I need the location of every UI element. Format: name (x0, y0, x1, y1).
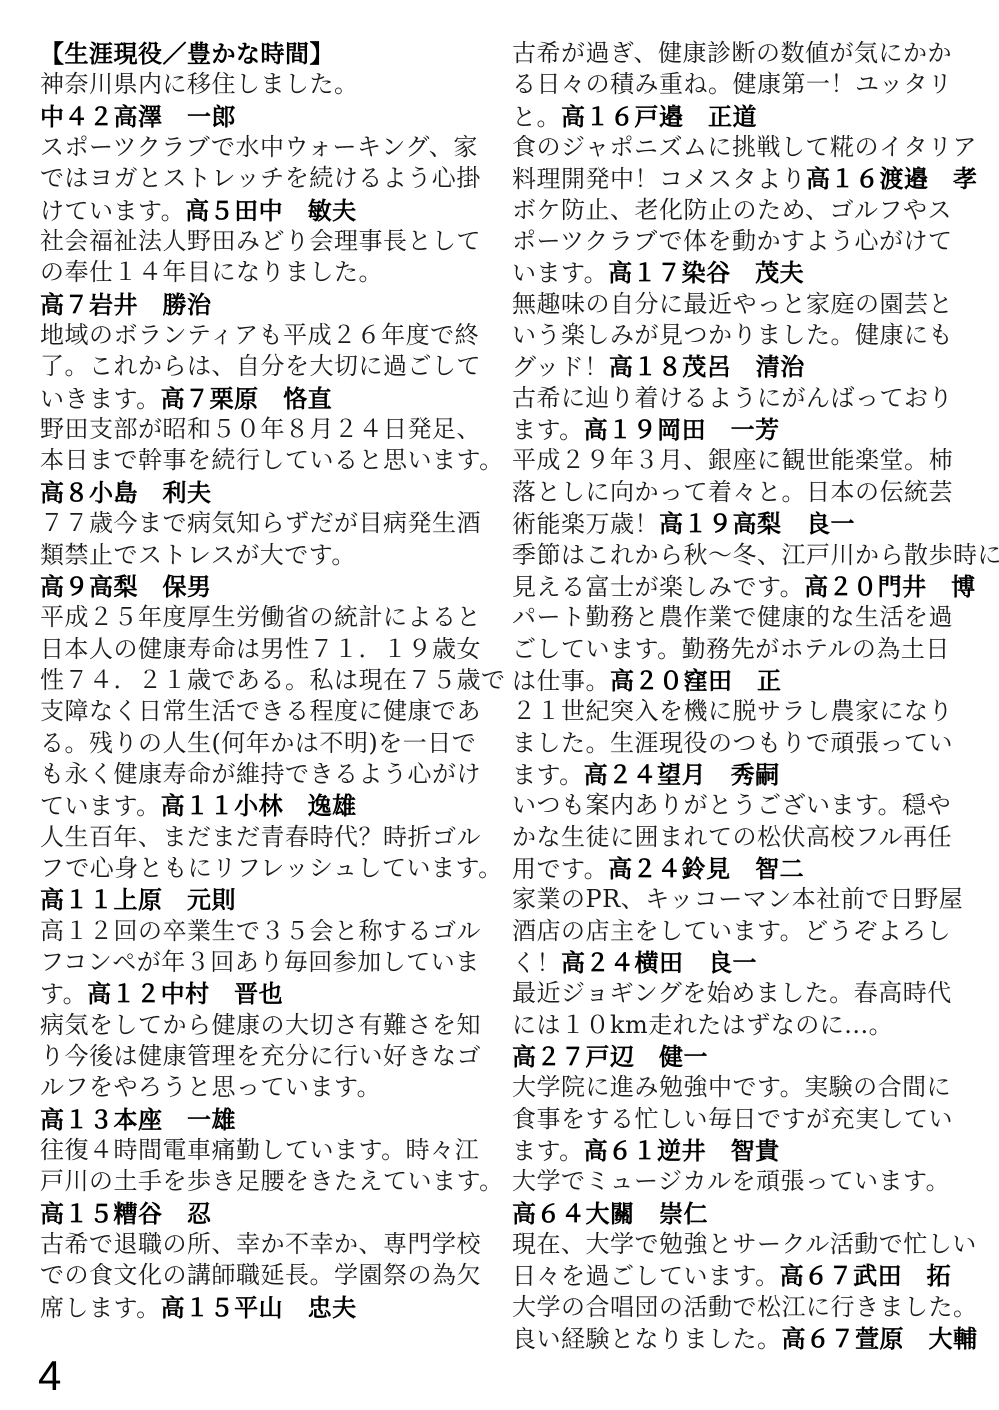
text-line: 用です。高２４鈴見 智二 (512, 853, 952, 884)
comment-text: 古希に辿り着けるようにがんばっており (512, 384, 953, 412)
comment-text: ２１世紀突入を機に脱サラし農家になり (512, 697, 953, 725)
author-name: 高１８茂呂 清治 (609, 352, 805, 381)
author-name: 高７岩井 勝治 (40, 290, 212, 319)
author-name: 高１２中村 晋也 (87, 979, 283, 1008)
comment-text: 用です。 (512, 855, 608, 883)
text-line: 高１３本座 一雄 (40, 1104, 480, 1135)
text-line: スポーツクラブで水中ウォーキング、家 (40, 132, 480, 163)
author-name: 高１１上原 元則 (40, 885, 236, 914)
comment-text: 大学院に進み勉強中です。実験の合間に (512, 1073, 951, 1101)
author-name: 高７栗原 恪直 (161, 384, 333, 413)
text-line: も永く健康寿命が維持できるよう心がけ (40, 759, 480, 790)
comment-text: 大学の合唱団の活動で松江に行きました。 (512, 1293, 978, 1321)
text-line: ではヨガとストレッチを続けるよう心掛 (40, 163, 480, 194)
text-line: けています。高５田中 敏夫 (40, 195, 480, 226)
text-line: 高２７戸辺 健一 (512, 1041, 952, 1072)
text-line: 高１２回の卒業生で３５会と称するゴル (40, 916, 480, 947)
comment-text: 古希が過ぎ、健康診断の数値が気にかか (512, 39, 952, 67)
comment-text: 高１２回の卒業生で３５会と称するゴル (40, 917, 481, 945)
text-line: パート勤務と農作業で健康的な生活を過 (512, 602, 952, 633)
text-line: 高１１上原 元則 (40, 884, 480, 915)
comment-text: 席します。 (40, 1294, 161, 1322)
text-line: 大学の合唱団の活動で松江に行きました。 (512, 1292, 952, 1323)
text-line: 平成２５年度厚生労働省の統計によると (40, 602, 480, 633)
left-column: 【生涯現役／豊かな時間】神奈川県内に移住しました。中４２高澤 一郎スポーツクラブ… (40, 38, 480, 1323)
author-name: 高５田中 敏夫 (185, 196, 357, 225)
text-line: いきます。高７栗原 恪直 (40, 383, 480, 414)
text-line: 無趣味の自分に最近やっと家庭の園芸と (512, 289, 952, 320)
author-name: 高１６渡邉 孝 (806, 164, 978, 193)
author-name: 高６７武田 拓 (780, 1261, 952, 1290)
comment-text: く！ (512, 949, 561, 977)
comment-text: ７７歳今まで病気知らずだが目病発生酒 (40, 509, 481, 537)
author-name: 高２０門井 博 (804, 572, 976, 601)
text-line: 大学院に進み勉強中です。実験の合間に (512, 1072, 952, 1103)
text-line: 支障なく日常生活できる程度に健康であ (40, 696, 480, 727)
text-line: す。高１２中村 晋也 (40, 978, 480, 1009)
text-line: 往復４時間電車痛勤しています。時々江 (40, 1135, 480, 1166)
comment-text: いきます。 (40, 385, 161, 413)
text-line: 中４２高澤 一郎 (40, 101, 480, 132)
author-name: 高２４望月 秀嗣 (584, 760, 780, 789)
text-line: 戸川の土手を歩き足腰をきたえています。 (40, 1166, 480, 1197)
page-number: 4 (38, 1352, 61, 1400)
comment-text: 最近ジョギングを始めました。春高時代 (512, 979, 952, 1007)
author-name: 高６７萱原 大輔 (782, 1324, 978, 1353)
comment-text: ではヨガとストレッチを続けるよう心掛 (40, 164, 481, 192)
comment-text: パート勤務と農作業で健康的な生活を過 (512, 603, 953, 631)
text-line: フで心身ともにリフレッシュしています。 (40, 853, 480, 884)
text-line: います。高１７染谷 茂夫 (512, 257, 952, 288)
comment-text: 地域のボランティアも平成２６年度で終 (40, 321, 479, 349)
text-line: には１０km走れたはずなのに...。 (512, 1010, 952, 1041)
comment-text: 了。これからは、自分を大切に過ごして (40, 352, 481, 380)
comment-text: 無趣味の自分に最近やっと家庭の園芸と (512, 290, 953, 318)
author-name: 高１５平山 忠夫 (161, 1293, 357, 1322)
comment-text: 支障なく日常生活できる程度に健康であ (40, 697, 481, 725)
text-line: ごしています。勤務先がホテルの為土日 (512, 634, 952, 665)
text-line: 落としに向かって着々と。日本の伝統芸 (512, 477, 952, 508)
author-name: 【生涯現役／豊かな時間】 (40, 39, 334, 68)
text-line: フコンペが年３回あり毎回参加していま (40, 947, 480, 978)
comment-text: 料理開発中！コメスタより (512, 165, 806, 193)
comment-text: す。 (40, 980, 87, 1008)
comment-text: ます。 (512, 1137, 584, 1165)
text-line: る日々の積み重ね。健康第一！ユッタリ (512, 69, 952, 100)
comment-text: 類禁止でストレスが大です。 (40, 541, 356, 569)
text-line: 類禁止でストレスが大です。 (40, 540, 480, 571)
text-line: 古希で退職の所、幸か不幸か、専門学校 (40, 1229, 480, 1260)
author-name: 高１５糟谷 忍 (40, 1199, 212, 1228)
author-name: 高９高梨 保男 (40, 572, 212, 601)
author-name: 高２４横田 良一 (561, 948, 757, 977)
comment-text: 往復４時間電車痛勤しています。時々江 (40, 1136, 479, 1164)
text-line: 野田支部が昭和５０年８月２４日発足、 (40, 414, 480, 445)
text-line: ます。高６１逆井 智貴 (512, 1135, 952, 1166)
author-name: 高１９高梨 良一 (659, 509, 855, 538)
text-line: 家業のPR、キッコーマン本社前で日野屋 (512, 884, 952, 915)
comment-text: 落としに向かって着々と。日本の伝統芸 (512, 478, 953, 506)
comment-text: 食のジャポニズムに挑戦して糀のイタリア (512, 133, 977, 161)
text-line: る。残りの人生(何年かは不明)を一日で (40, 728, 480, 759)
text-line: 神奈川県内に移住しました。 (40, 69, 480, 100)
comment-text: けています。 (40, 197, 185, 225)
author-name: 高２７戸辺 健一 (512, 1042, 708, 1071)
text-line: 料理開発中！コメスタより高１６渡邉 孝 (512, 163, 952, 194)
comment-text: 良い経験となりました。 (512, 1325, 782, 1353)
comment-text: ました。生涯現役のつもりで頑張ってい (512, 729, 953, 757)
author-name: 高１９岡田 一芳 (584, 415, 780, 444)
text-line: 食事をする忙しい毎日ですが充実してい (512, 1104, 952, 1135)
comment-text: 家業のPR、キッコーマン本社前で日野屋 (512, 885, 963, 913)
comment-text: 平成２９年３月、銀座に観世能楽堂。杮 (512, 446, 953, 474)
author-name: 高１６戸邉 正道 (561, 102, 757, 131)
author-name: 高６１逆井 智貴 (584, 1136, 780, 1165)
comment-text: いつも案内ありがとうございます。穏や (512, 791, 951, 819)
text-line: 日々を過ごしています。高６７武田 拓 (512, 1260, 952, 1291)
author-name: 高１７染谷 茂夫 (608, 258, 804, 287)
text-line: かな生徒に囲まれての松伏高校フル再任 (512, 822, 952, 853)
text-line: 古希が過ぎ、健康診断の数値が気にかか (512, 38, 952, 69)
author-name: 高１３本座 一雄 (40, 1105, 236, 1134)
text-line: ボケ防止、老化防止のため、ゴルフやス (512, 195, 952, 226)
comment-text: ごしています。勤務先がホテルの為土日 (512, 635, 950, 663)
author-name: 高８小島 利夫 (40, 478, 212, 507)
text-line: 術能楽万歳！高１９高梨 良一 (512, 508, 952, 539)
text-line: 現在、大学で勉強とサークル活動で忙しい (512, 1229, 952, 1260)
author-name: 高２４鈴見 智二 (608, 854, 804, 883)
comment-text: 病気をしてから健康の大切さ有難さを知 (40, 1011, 481, 1039)
comment-text: かな生徒に囲まれての松伏高校フル再任 (512, 823, 952, 851)
comment-text: フで心身ともにリフレッシュしています。 (40, 854, 503, 882)
text-line: と。高１６戸邉 正道 (512, 101, 952, 132)
comment-text: ボケ防止、老化防止のため、ゴルフやス (512, 196, 952, 224)
text-line: いう楽しみが見つかりました。健康にも (512, 320, 952, 351)
comment-text: 食事をする忙しい毎日ですが充実してい (512, 1105, 953, 1133)
author-name: 高１１小林 逸雄 (161, 791, 357, 820)
comment-text: 古希で退職の所、幸か不幸か、専門学校 (40, 1230, 481, 1258)
text-line: ポーツクラブで体を動かすよう心がけて (512, 226, 952, 257)
comment-text: 酒店の店主をしています。どうぞよろし (512, 917, 951, 945)
text-line: 酒店の店主をしています。どうぞよろし (512, 916, 952, 947)
comment-text: 日本人の健康寿命は男性７１．１９歳女 (40, 635, 481, 663)
comment-text: も永く健康寿命が維持できるよう心がけ (40, 760, 481, 788)
text-line: ２１世紀突入を機に脱サラし農家になり (512, 696, 952, 727)
comment-text: ます。 (512, 761, 584, 789)
comment-text: 戸川の土手を歩き足腰をきたえています。 (40, 1167, 504, 1195)
text-line: 社会福祉法人野田みどり会理事長として (40, 226, 480, 257)
comment-text: 神奈川県内に移住しました。 (40, 70, 359, 98)
comment-text: 本日まで幹事を続行していると思います。 (40, 446, 504, 474)
text-line: いつも案内ありがとうございます。穏や (512, 790, 952, 821)
text-line: 高８小島 利夫 (40, 477, 480, 508)
author-name: 中４２高澤 一郎 (40, 102, 236, 131)
text-line: 高９高梨 保男 (40, 571, 480, 602)
text-line: 良い経験となりました。高６７萱原 大輔 (512, 1323, 952, 1354)
comment-text: には１０km走れたはずなのに...。 (512, 1011, 893, 1039)
author-name: 高２０窪田 正 (610, 666, 782, 695)
text-line: 病気をしてから健康の大切さ有難さを知 (40, 1010, 480, 1041)
comment-text: は仕事。 (512, 667, 610, 695)
text-line: 平成２９年３月、銀座に観世能楽堂。杮 (512, 445, 952, 476)
text-line: ます。高２４望月 秀嗣 (512, 759, 952, 790)
text-line: 高６４大關 崇仁 (512, 1198, 952, 1229)
text-line: 性７４．２１歳である。私は現在７５歳で (40, 665, 480, 696)
comment-text: 現在、大学で勉強とサークル活動で忙しい (512, 1230, 977, 1258)
comment-text: ルフをやろうと思っています。 (40, 1073, 381, 1101)
comment-text: フコンペが年３回あり毎回参加していま (40, 948, 480, 976)
comment-text: 術能楽万歳！ (512, 510, 659, 538)
comment-text: 性７４．２１歳である。私は現在７５歳で (40, 666, 506, 694)
comment-text: と。 (512, 103, 561, 131)
text-line: ました。生涯現役のつもりで頑張ってい (512, 728, 952, 759)
comment-text: での食文化の講師職延長。学園祭の為欠 (40, 1261, 481, 1289)
comment-text: スポーツクラブで水中ウォーキング、家 (40, 133, 478, 161)
text-line: く！高２４横田 良一 (512, 947, 952, 978)
text-line: 最近ジョギングを始めました。春高時代 (512, 978, 952, 1009)
comment-text: ます。 (512, 416, 584, 444)
comment-text: 社会福祉法人野田みどり会理事長として (40, 227, 481, 255)
comment-text: の奉仕１４年目になりました。 (40, 258, 383, 286)
comment-text: 野田支部が昭和５０年８月２４日発足、 (40, 415, 481, 443)
text-line: り今後は健康管理を充分に行い好きなゴ (40, 1041, 480, 1072)
document-page: 【生涯現役／豊かな時間】神奈川県内に移住しました。中４２高澤 一郎スポーツクラブ… (0, 0, 999, 1410)
text-line: での食文化の講師職延長。学園祭の為欠 (40, 1260, 480, 1291)
text-line: ルフをやろうと思っています。 (40, 1072, 480, 1103)
text-line: グッド！高１８茂呂 清治 (512, 351, 952, 382)
text-line: ます。高１９岡田 一芳 (512, 414, 952, 445)
comment-text: 見える富士が楽しみです。 (512, 573, 804, 601)
text-line: 【生涯現役／豊かな時間】 (40, 38, 480, 69)
text-line: 見える富士が楽しみです。高２０門井 博 (512, 571, 952, 602)
text-line: 日本人の健康寿命は男性７１．１９歳女 (40, 634, 480, 665)
text-line: 高１５糟谷 忍 (40, 1198, 480, 1229)
text-line: 人生百年、まだまだ青春時代？時折ゴル (40, 822, 480, 853)
author-name: 高６４大關 崇仁 (512, 1199, 708, 1228)
text-line: 席します。高１５平山 忠夫 (40, 1292, 480, 1323)
text-line: 本日まで幹事を続行していると思います。 (40, 445, 480, 476)
comment-text: 人生百年、まだまだ青春時代？時折ゴル (40, 823, 481, 851)
comment-text: 日々を過ごしています。 (512, 1262, 780, 1290)
text-line: は仕事。高２０窪田 正 (512, 665, 952, 696)
text-line: 地域のボランティアも平成２６年度で終 (40, 320, 480, 351)
comment-text: 大学でミュージカルを頑張っています。 (512, 1167, 950, 1195)
comment-text: ています。 (40, 792, 161, 820)
comment-text: る。残りの人生(何年かは不明)を一日で (40, 729, 476, 757)
comment-text: る日々の積み重ね。健康第一！ユッタリ (512, 70, 953, 98)
text-line: 季節はこれから秋〜冬、江戸川から散歩時に (512, 540, 952, 571)
text-line: 了。これからは、自分を大切に過ごして (40, 351, 480, 382)
comment-text: グッド！ (512, 353, 609, 381)
text-line: 大学でミュージカルを頑張っています。 (512, 1166, 952, 1197)
text-line: ７７歳今まで病気知らずだが目病発生酒 (40, 508, 480, 539)
text-line: の奉仕１４年目になりました。 (40, 257, 480, 288)
text-line: ています。高１１小林 逸雄 (40, 790, 480, 821)
text-line: 古希に辿り着けるようにがんばっており (512, 383, 952, 414)
comment-text: 季節はこれから秋〜冬、江戸川から散歩時に (512, 541, 999, 569)
comment-text: り今後は健康管理を充分に行い好きなゴ (40, 1042, 481, 1070)
comment-text: 平成２５年度厚生労働省の統計によると (40, 603, 481, 631)
comment-text: ポーツクラブで体を動かすよう心がけて (512, 227, 953, 255)
right-column: 古希が過ぎ、健康診断の数値が気にかかる日々の積み重ね。健康第一！ユッタリと。高１… (512, 38, 952, 1354)
text-line: 食のジャポニズムに挑戦して糀のイタリア (512, 132, 952, 163)
text-line: 高７岩井 勝治 (40, 289, 480, 320)
comment-text: いう楽しみが見つかりました。健康にも (512, 321, 953, 349)
comment-text: います。 (512, 259, 608, 287)
